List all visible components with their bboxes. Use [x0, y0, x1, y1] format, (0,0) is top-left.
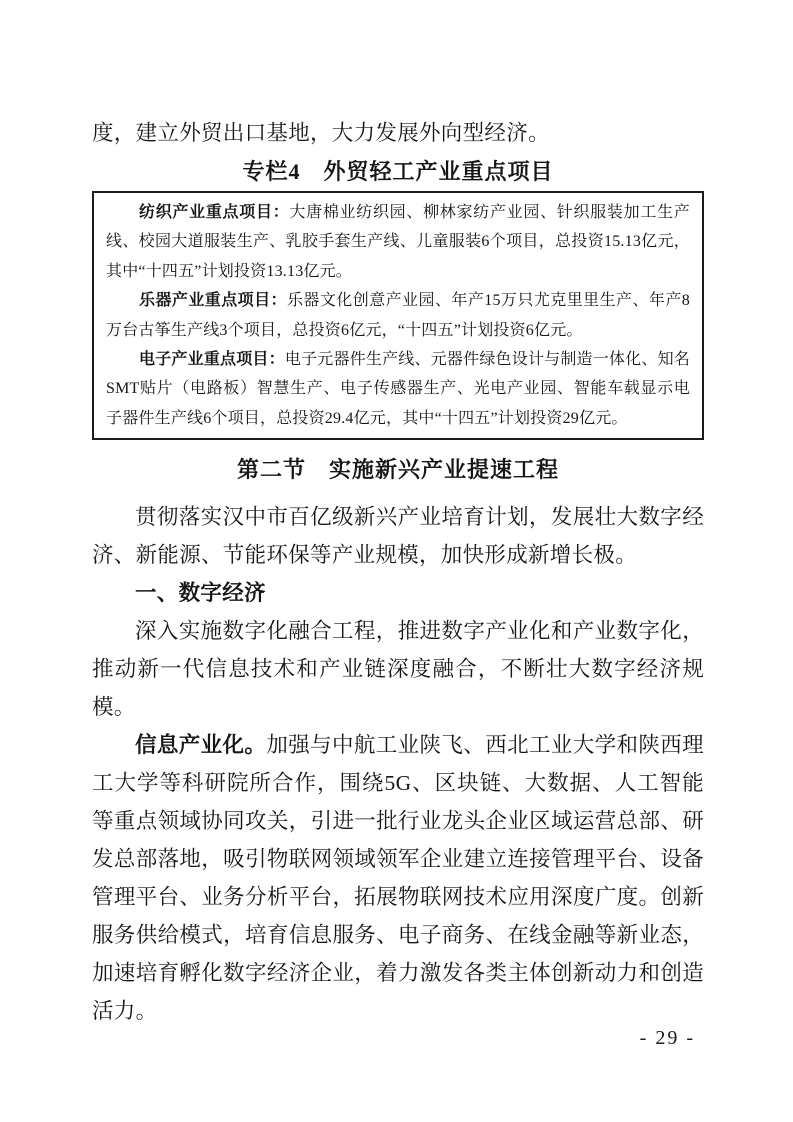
paragraph-lead-label: 信息产业化。	[135, 733, 266, 757]
box-item: 电子产业重点项目：电子元器件生产线、元器件绿色设计与制造一体化、知名SMT贴片（…	[106, 345, 690, 433]
box-item-label: 纺织产业重点项目：	[139, 204, 289, 221]
box-item-label: 电子产业重点项目：	[139, 351, 285, 368]
intro-paragraph: 度，建立外贸出口基地，大力发展外向型经济。	[92, 114, 704, 152]
subsection-heading: 一、数字经济	[92, 574, 704, 612]
body-paragraph: 贯彻落实汉中市百亿级新兴产业培育计划，发展壮大数字经济、新能源、节能环保等产业规…	[92, 498, 704, 574]
body-paragraph: 深入实施数字化融合工程，推进数字产业化和产业数字化，推动新一代信息技术和产业链深…	[92, 612, 704, 726]
page-number: - 29 -	[640, 1026, 695, 1050]
paragraph-text: 加强与中航工业陕飞、西北工业大学和陕西理工大学等科研院所合作，围绕5G、区块链、…	[92, 733, 704, 1023]
section-body: 贯彻落实汉中市百亿级新兴产业培育计划，发展壮大数字经济、新能源、节能环保等产业规…	[92, 498, 704, 1030]
section-heading: 第二节 实施新兴产业提速工程	[92, 455, 704, 485]
box-item-label: 乐器产业重点项目：	[139, 292, 287, 309]
box-item: 纺织产业重点项目：大唐棉业纺织园、柳林家纺产业园、针织服装加工生产线、校园大道服…	[106, 198, 690, 286]
highlight-box: 纺织产业重点项目：大唐棉业纺织园、柳林家纺产业园、针织服装加工生产线、校园大道服…	[92, 191, 704, 440]
body-paragraph: 信息产业化。加强与中航工业陕飞、西北工业大学和陕西理工大学等科研院所合作，围绕5…	[92, 726, 704, 1030]
document-page: 度，建立外贸出口基地，大力发展外向型经济。 专栏4 外贸轻工产业重点项目 纺织产…	[0, 0, 793, 1122]
page-content: 度，建立外贸出口基地，大力发展外向型经济。 专栏4 外贸轻工产业重点项目 纺织产…	[92, 114, 704, 1030]
box-item: 乐器产业重点项目：乐器文化创意产业园、年产15万只尤克里里生产、年产8万台古筝生…	[106, 286, 690, 345]
box-title: 专栏4 外贸轻工产业重点项目	[92, 157, 704, 187]
